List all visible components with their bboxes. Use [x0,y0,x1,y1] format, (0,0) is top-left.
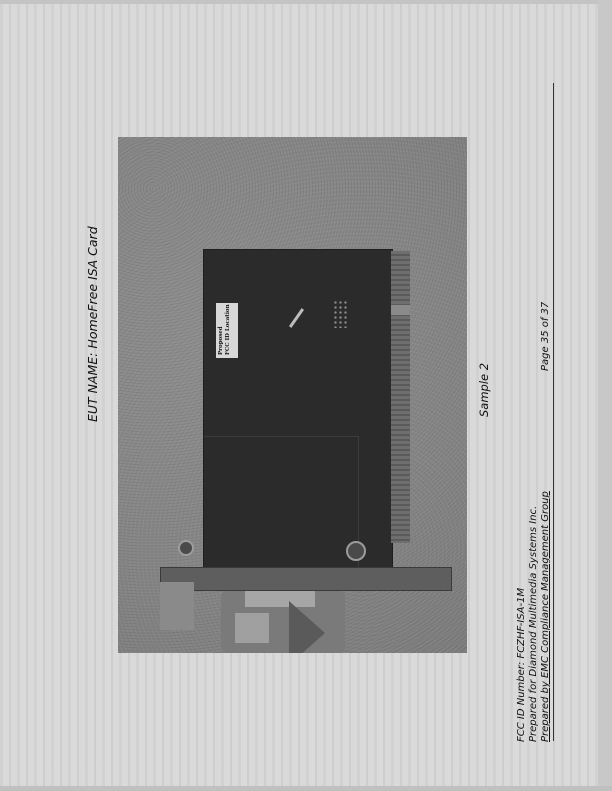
scan-edge-top [0,0,612,4]
page-number: Page 35 of 37 [540,302,551,371]
photo-caption: Sample 2 [477,363,491,417]
scan-edge-bottom [0,786,612,791]
connector-notch [391,305,410,315]
footer-rule [553,83,554,741]
fcc-id-sticker: Proposed FCC ID Location [216,303,238,358]
page-title: EUT NAME: HomeFree ISA Card [85,226,100,422]
screw-icon [346,541,366,561]
connector-window [235,613,269,643]
footer-fcc-id: FCC ID Number: FCZHF-ISA-1M [516,588,527,742]
screw-icon [178,540,194,556]
sticker-line-1: Proposed [218,304,225,355]
scan-edge-right [598,0,612,791]
sticker-text: Proposed FCC ID Location [218,304,232,355]
logo-triangle-icon [289,601,325,653]
mounting-bracket [160,567,452,591]
document-page: EUT NAME: HomeFree ISA Card Proposed FCC… [0,0,612,791]
bracket-tab [160,582,194,630]
header-pins [333,300,347,328]
footer-prepared-by-text: Prepared by EMC Compliance Management Gr… [540,491,551,742]
rear-connector [221,591,345,653]
footer-prepared-for: Prepared for Diamond Multimedia Systems … [528,506,539,742]
sticker-line-2: FCC ID Location [225,304,232,355]
footer-prepared-by: Prepared by EMC Compliance Management Gr… [540,491,551,742]
circuit-board [203,249,393,573]
isa-edge-connector [391,251,410,543]
product-photo: Proposed FCC ID Location [118,137,467,653]
